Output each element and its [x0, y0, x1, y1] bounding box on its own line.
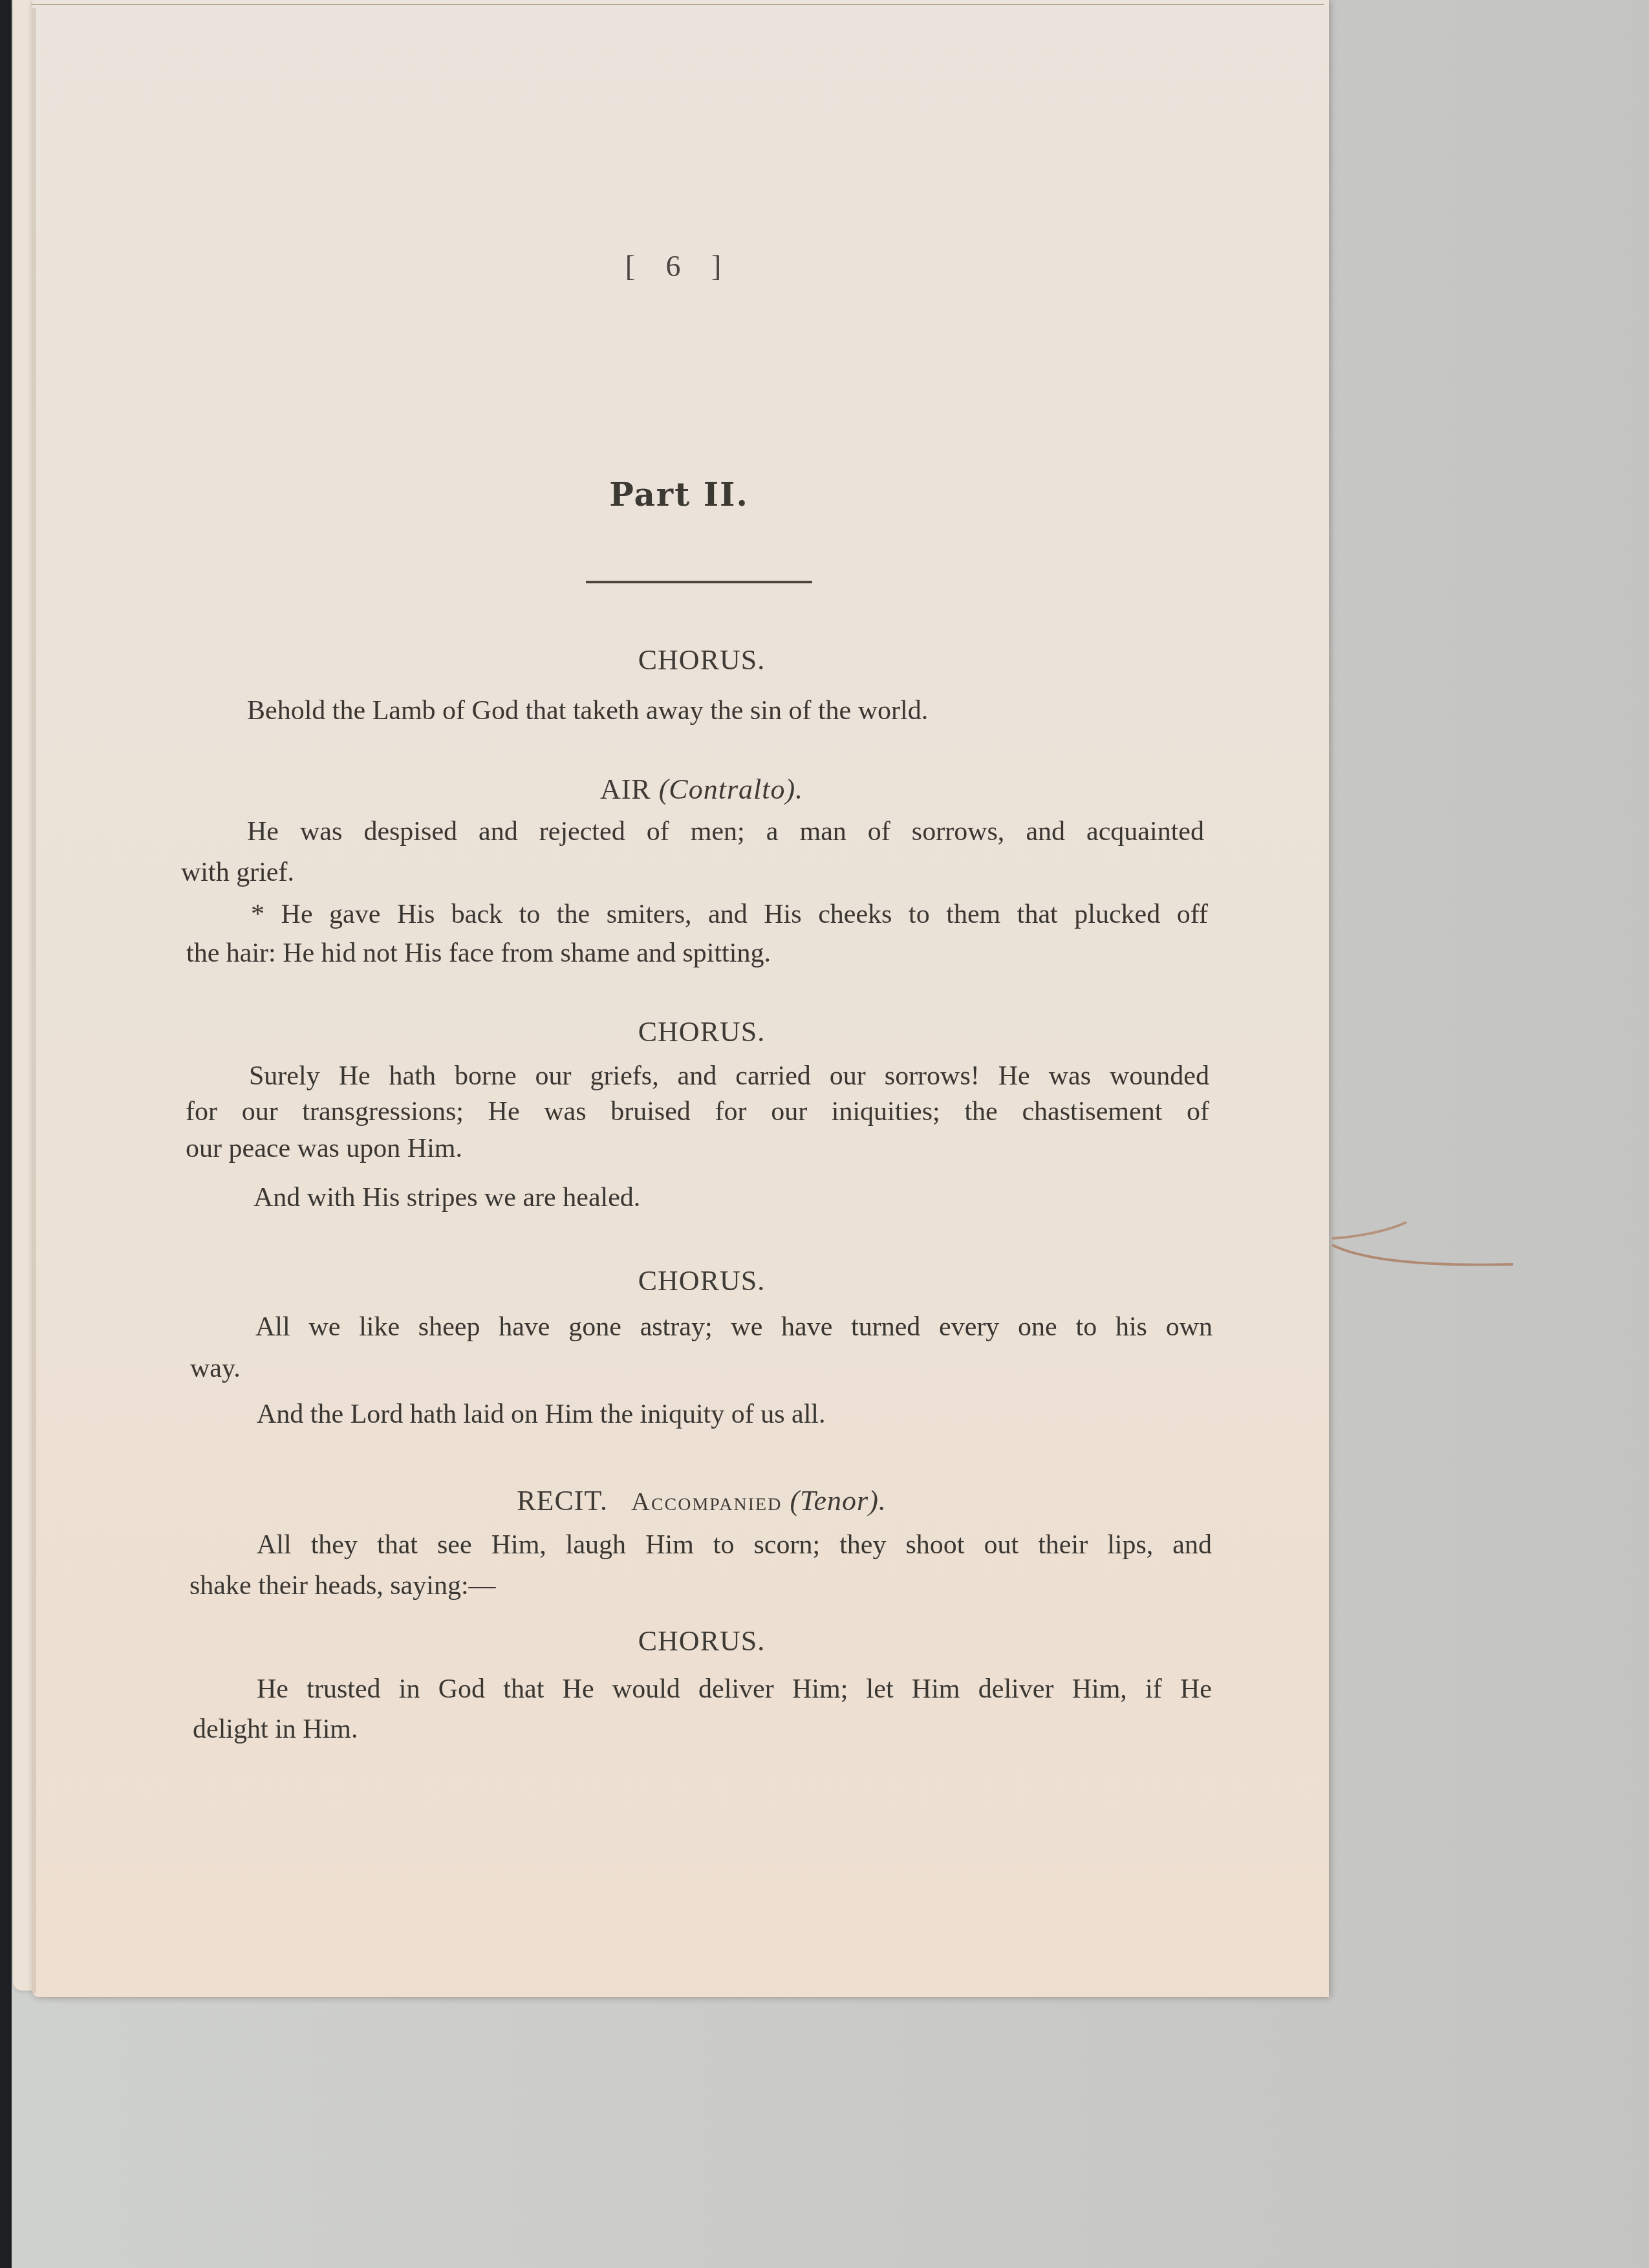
section-heading: AIR (Contralto).: [0, 773, 1403, 806]
section-heading-type: RECIT.: [517, 1485, 608, 1517]
text-line: our peace was upon Him.: [186, 1133, 462, 1164]
text-line: for our transgressions; He was bruised f…: [186, 1096, 1209, 1127]
text-line: All we like sheep have gone astray; we h…: [255, 1312, 1212, 1343]
text-line: Surely He hath borne our griefs, and car…: [249, 1061, 1209, 1092]
text-line: the hair: He hid not His face from shame…: [186, 938, 771, 969]
scanner-edge: [0, 0, 12, 2268]
text-line: He was despised and rejected of men; a m…: [247, 816, 1204, 847]
text-line: And the Lord hath laid on Him the iniqui…: [257, 1399, 826, 1430]
page-top-edge: [31, 4, 1324, 5]
section-heading: CHORUS.: [0, 643, 1403, 676]
text-line: Behold the Lamb of God that taketh away …: [247, 695, 928, 726]
text-line: with grief.: [181, 857, 294, 888]
page-gutter-fold: [32, 8, 36, 1993]
text-line: way.: [190, 1353, 241, 1384]
text-line: And with His stripes we are healed.: [253, 1182, 640, 1213]
section-heading: CHORUS.: [0, 1015, 1403, 1048]
text-line: He trusted in God that He would deliver …: [257, 1674, 1212, 1705]
part-title: Part II.: [0, 475, 1358, 513]
text-line: * He gave His back to the smiters, and H…: [251, 899, 1208, 930]
text-line: delight in Him.: [193, 1714, 358, 1745]
page-number: [ 6 ]: [0, 249, 1358, 283]
section-heading-voice: (Tenor).: [790, 1485, 886, 1517]
section-heading: CHORUS.: [0, 1625, 1403, 1658]
section-heading-voice: (Contralto).: [659, 773, 803, 805]
title-rule: [586, 581, 812, 583]
section-heading-sub: Accompanied: [631, 1487, 782, 1516]
section-heading: CHORUS.: [0, 1264, 1403, 1297]
section-heading-type: AIR: [600, 773, 651, 805]
section-heading: RECIT. Accompanied (Tenor).: [0, 1484, 1403, 1517]
text-line: All they that see Him, laugh Him to scor…: [257, 1529, 1212, 1561]
text-line: shake their heads, saying:—: [189, 1570, 496, 1601]
